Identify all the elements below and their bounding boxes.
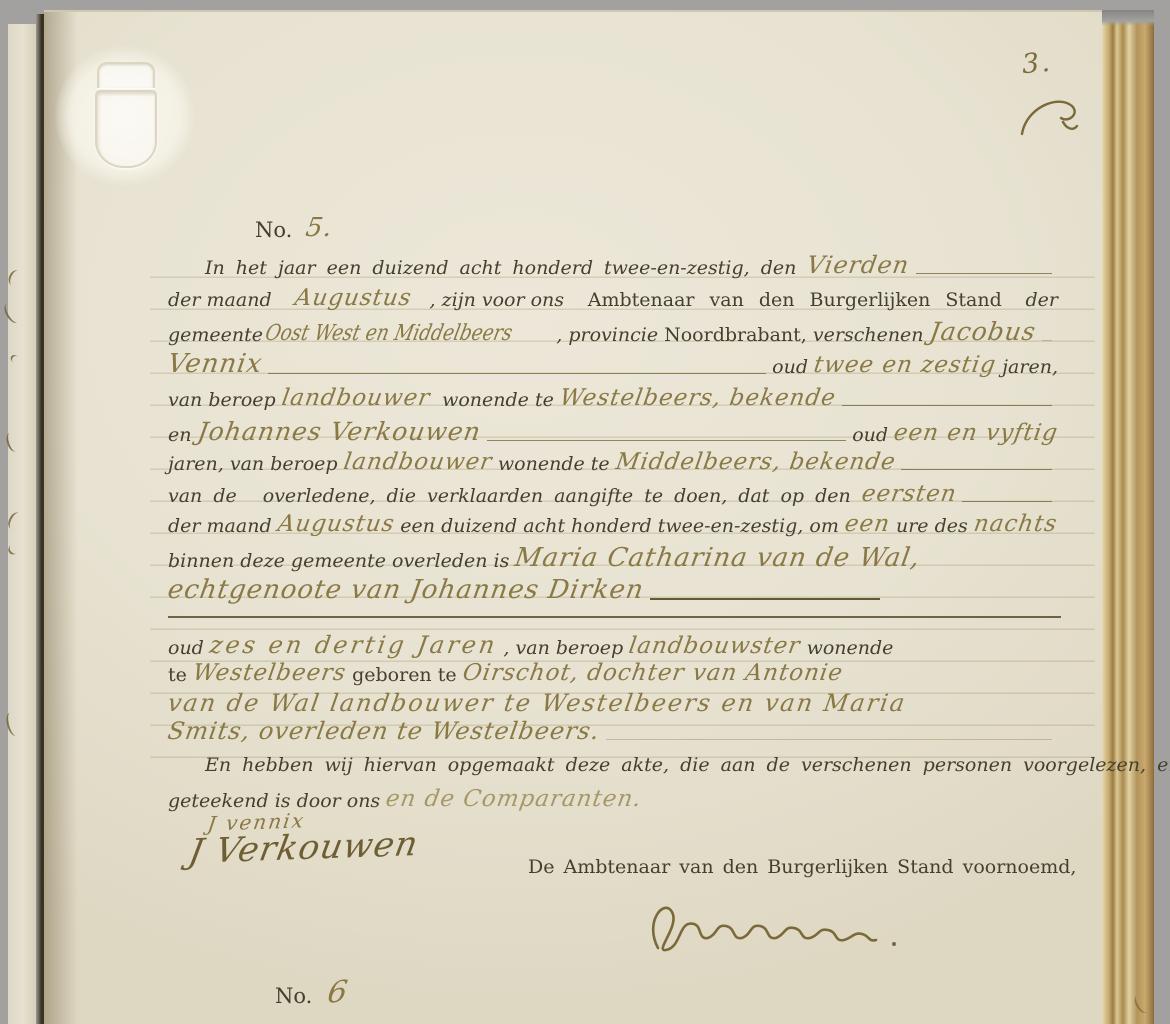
- printed-text: oud: [772, 356, 814, 378]
- facing-page-ink-fragment: [4, 711, 21, 737]
- printed-text: oud: [168, 637, 210, 659]
- handwritten-text: Augustus: [276, 511, 397, 537]
- handwritten-text: Jacobus: [927, 317, 1038, 346]
- handwritten-underline: [916, 273, 1052, 274]
- registrar-signature-icon: [636, 892, 936, 958]
- scanned-register-page: 3. No. 5. In het jaar een duizend acht h…: [0, 0, 1170, 1024]
- printed-text: binnen deze gemeente overleden is: [168, 550, 515, 572]
- printed-text: der maand: [168, 515, 278, 537]
- printed-text: In het jaar een duizend acht honderd twe…: [205, 257, 807, 279]
- printed-text: gemeente: [168, 324, 263, 346]
- printed-text: jaren,: [996, 356, 1058, 378]
- handwritten-underline: [842, 405, 1052, 406]
- handwritten-text: zes en dertig Jaren: [208, 631, 500, 659]
- handwritten-underline: [268, 373, 766, 374]
- handwritten-text: Vennix: [166, 349, 265, 379]
- handwritten-text: landbouwer: [280, 385, 432, 411]
- printed-text: en: [168, 424, 198, 446]
- ink-flourish-icon: [1018, 92, 1084, 144]
- handwritten-underline: [606, 739, 1052, 740]
- facing-page-ink-fragment: [9, 353, 23, 367]
- printed-text: wonende te: [492, 453, 616, 475]
- act-line: te Westelbeers geboren te Oirschot, doch…: [168, 661, 1078, 687]
- act-line: Vennixoud twee en zestig jaren,: [168, 350, 1058, 380]
- act-line: En hebben wij hiervan opgemaakt deze akt…: [205, 754, 1058, 776]
- handwritten-text: Westelbeers, bekende: [558, 385, 838, 411]
- next-act-number-label: No.: [275, 984, 312, 1008]
- printed-text: Ambtenaar van den Burgerlijken Stand: [588, 289, 1002, 311]
- act-line: In het jaar een duizend acht honderd twe…: [205, 252, 1058, 280]
- handwritten-underline: [650, 598, 880, 600]
- act-line: oud zes en dertig Jaren , van beroep lan…: [168, 632, 1061, 660]
- handwritten-text: Smits, overleden te Westelbeers.: [166, 717, 602, 745]
- handwritten-underline: [962, 501, 1052, 502]
- scan-background-top: [0, 0, 1170, 10]
- facing-page-edge: [8, 24, 36, 1024]
- handwritten-text: Westelbeers: [191, 660, 348, 686]
- embossed-seal: [55, 46, 195, 186]
- handwritten-text: landbouwster: [627, 633, 802, 659]
- act-line: van de Wal landbouwer te Westelbeers en …: [168, 690, 1078, 718]
- printed-text: En hebben wij hiervan opgemaakt deze akt…: [205, 754, 1170, 776]
- facing-page-ink-fragment: [6, 268, 23, 287]
- handwritten-text: Maria Catharina van de Wal,: [513, 543, 923, 573]
- act-number: No. 5.: [255, 214, 333, 244]
- printed-text: der maand: [168, 289, 278, 311]
- printed-text: van de: [168, 485, 237, 507]
- printed-text: geboren te: [346, 664, 463, 686]
- printed-text: verschenen: [807, 324, 930, 346]
- act-line: van beroep landbouwer wonende te Westelb…: [168, 386, 1058, 412]
- act-line: der maand Augustus, zijn voor ons Ambten…: [168, 286, 1058, 312]
- section-rule: [168, 616, 1061, 618]
- printed-text: der: [1019, 289, 1058, 311]
- book-page-edges: [1102, 0, 1154, 1024]
- facing-page-ink-fragment: [4, 431, 22, 454]
- witness-signature-verkouwen: J Verkouwen: [186, 824, 422, 872]
- act-line: en Johannes Verkouwenoud een en vyftig: [168, 418, 1058, 447]
- act-line: binnen deze gemeente overleden is Maria …: [168, 544, 1068, 574]
- act-line: Smits, overleden te Westelbeers.: [168, 718, 1058, 746]
- act-line: echtgenoote van Johannes Dirken: [168, 576, 988, 606]
- printed-text: overledene, die verklaarden aangifte te …: [263, 485, 862, 507]
- handwritten-text: Vierden: [805, 251, 912, 279]
- printed-text: , provincie: [556, 324, 664, 346]
- handwritten-text: en de Comparanten.: [384, 786, 644, 812]
- act-number-label: No.: [255, 218, 292, 242]
- printed-text: wonende: [801, 637, 894, 659]
- printed-text: van beroep: [168, 389, 282, 411]
- handwritten-underline: [487, 440, 847, 441]
- handwritten-text: van de Wal landbouwer te Westelbeers en …: [166, 689, 909, 717]
- printed-text: een duizend acht honderd twee-en-zestig,…: [394, 515, 845, 537]
- act-line: der maand Augustus een duizend acht hond…: [168, 512, 1068, 538]
- handwritten-underline: [901, 469, 1052, 470]
- printed-text: jaren, van beroep: [168, 453, 344, 475]
- act-line: jaren, van beroep landbouwer wonende te …: [168, 450, 1058, 476]
- next-act-number-value: 6: [326, 974, 352, 1011]
- seal-shield-icon: [95, 90, 157, 168]
- handwritten-text: Middelbeers, bekende: [614, 449, 898, 475]
- printed-text: , van beroep: [497, 637, 629, 659]
- handwritten-text: een: [843, 511, 892, 537]
- scan-background-right: [1154, 0, 1170, 1024]
- handwritten-text: Oost West en Middelbeers: [263, 321, 515, 346]
- handwritten-text: Augustus: [293, 285, 414, 311]
- handwritten-text: echtgenoote van Johannes Dirken: [166, 575, 647, 605]
- facing-page-ink-fragment: [6, 510, 25, 531]
- facing-page-ink-fragment: [6, 541, 22, 556]
- handwritten-text: Johannes Verkouwen: [195, 417, 483, 446]
- handwritten-underline: [1042, 340, 1053, 341]
- printed-text: oud: [852, 424, 894, 446]
- registrar-title: De Ambtenaar van den Burgerlijken Stand …: [528, 856, 1076, 878]
- handwritten-text: Oirschot, dochter van Antonie: [461, 660, 845, 686]
- printed-text: te: [168, 664, 193, 686]
- handwritten-text: nachts: [972, 511, 1059, 537]
- act-number-value: 5.: [304, 213, 336, 243]
- handwritten-text: landbouwer: [342, 449, 494, 475]
- page-number: 3.: [1021, 47, 1053, 80]
- printed-text: Noordbrabant,: [664, 324, 807, 346]
- handwritten-text: een en vyftig: [892, 420, 1060, 446]
- seal-crown-icon: [97, 62, 155, 88]
- act-line: van deoverledene, die verklaarden aangif…: [168, 482, 1058, 508]
- handwritten-text: eersten: [860, 481, 959, 507]
- act-line: gemeenteOost West en Middelbeers, provin…: [168, 318, 1058, 347]
- printed-text: wonende te: [430, 389, 560, 411]
- printed-text: ure des: [890, 515, 974, 537]
- handwritten-text: twee en zestig: [812, 352, 998, 378]
- facing-page-ink-fragment: [1, 300, 22, 325]
- printed-text: , zijn voor ons: [430, 289, 571, 311]
- next-act-number: No. 6: [275, 976, 348, 1011]
